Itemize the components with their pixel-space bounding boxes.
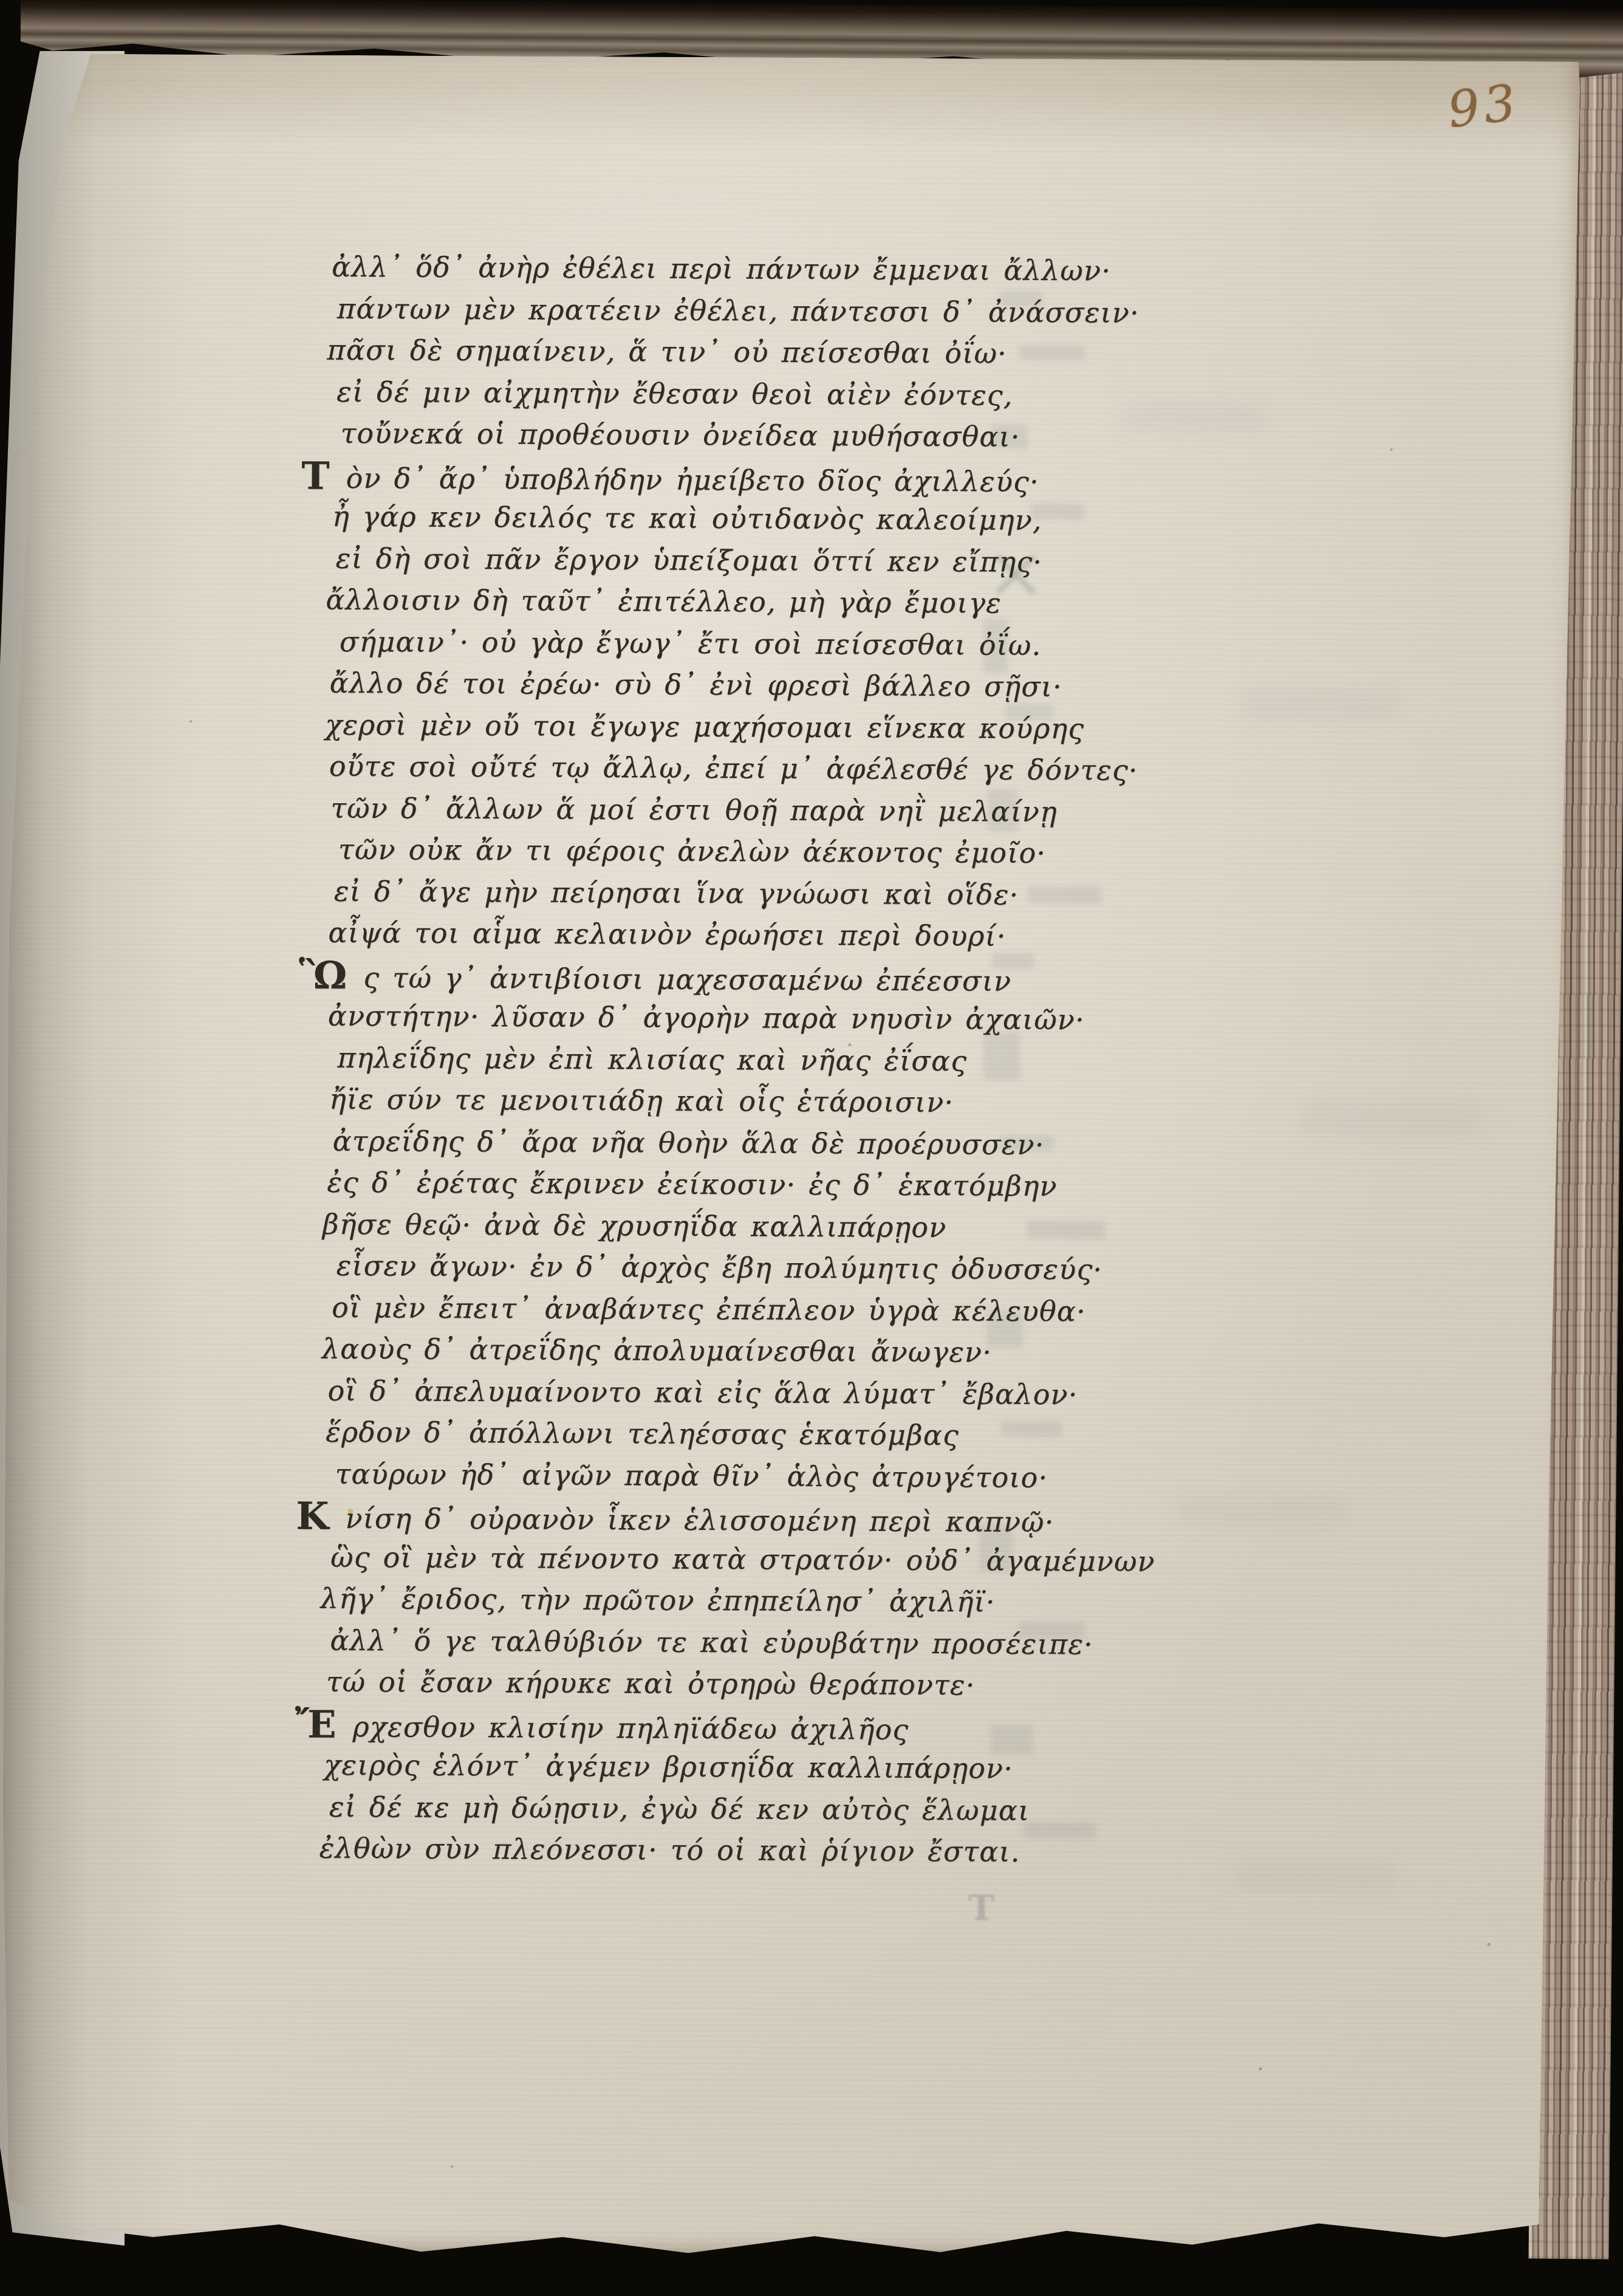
- text-line: εἰ δ᾽ ἄγε μὴν πείρησαι ἵνα γνώωσι καὶ οἵ…: [334, 870, 1240, 916]
- line-text: ὸν δ᾽ ἄρ᾽ ὑποβλήδην ἠμείβετο δῖος ἀχιλλε…: [346, 461, 1040, 498]
- line-text: εἰ δέ μιν αἰχμητὴν ἔθεσαν θεοὶ αἰὲν ἐόντ…: [337, 375, 1013, 411]
- text-line: Ἔρχεσθον κλισίην πηληϊάδεω ἀχιλῆος: [324, 1702, 1235, 1749]
- line-text: ἄλλο δέ τοι ἐρέω· σὺ δ᾽ ἐνὶ φρεσὶ βάλλεο…: [329, 667, 1062, 703]
- text-line: τοὔνεκά οἱ προθέουσιν ὀνείδεα μυθήσασθαι…: [341, 413, 1242, 459]
- foxing-speck: [1259, 2068, 1262, 2071]
- line-text: πᾶσι δὲ σημαίνειν, ἅ τιν᾽ οὐ πείσεσθαι ὀ…: [327, 334, 1007, 370]
- text-line: ἀτρεΐδης δ᾽ ἄρα νῆα θοὴν ἅλα δὲ προέρυσσ…: [332, 1120, 1238, 1166]
- text-line: τῶν δ᾽ ἄλλων ἅ μοί ἐστι θοῇ παρὰ νηῒ μελ…: [330, 787, 1240, 833]
- drop-cap: Τ: [301, 455, 330, 497]
- text-line: ἄλλο δέ τοι ἐρέω· σὺ δ᾽ ἐνὶ φρεσὶ βάλλεο…: [329, 662, 1240, 708]
- line-text: σήμαιν᾽· οὐ γὰρ ἔγωγ᾽ ἔτι σοὶ πείσεσθαι …: [340, 625, 1042, 661]
- text-line: χερσὶ μὲν οὔ τοι ἔγωγε μαχήσομαι εἵνεκα …: [325, 704, 1240, 750]
- line-text: τῶν δ᾽ ἄλλων ἅ μοί ἐστι θοῇ παρὰ νηῒ μελ…: [330, 791, 1058, 828]
- line-text: ἐς δ᾽ ἐρέτας ἔκρινεν ἐείκοσιν· ἐς δ᾽ ἑκα…: [327, 1166, 1058, 1202]
- drop-cap: Ἔ: [295, 1704, 337, 1746]
- bleed-through-initial: T: [968, 1887, 995, 1928]
- text-line: εἰ δέ κε μὴ δώῃσιν, ἐγὼ δέ κεν αὐτὸς ἕλω…: [329, 1786, 1235, 1832]
- line-text: αἶψά τοι αἷμα κελαινὸν ἐρωήσει περὶ δουρ…: [328, 916, 1006, 953]
- text-line: ταύρων ἠδ᾽ αἰγῶν παρὰ θῖν᾽ ἁλὸς ἀτρυγέτο…: [335, 1453, 1237, 1499]
- line-text: ἄλλοισιν δὴ ταῦτ᾽ ἐπιτέλλεο, μὴ γὰρ ἔμοι…: [326, 583, 1002, 620]
- foxing-speck: [1488, 1943, 1491, 1946]
- foxing-speck: [190, 721, 192, 723]
- text-line: πηλεΐδης μὲν ἐπὶ κλισίας καὶ νῆας ἐΐσας: [337, 1037, 1239, 1083]
- text-block: ἀλλ᾽ ὅδ᾽ ἀνὴρ ἐθέλει περὶ πάντων ἔμμεναι…: [323, 246, 1243, 1874]
- text-line: πάντων μὲν κρατέειν ἐθέλει, πάντεσσι δ᾽ …: [337, 287, 1243, 334]
- line-text: τώ οἱ ἔσαν κήρυκε καὶ ὀτρηρὼ θεράποντε·: [326, 1665, 976, 1702]
- line-text: εἰ δ᾽ ἄγε μὴν πείρησαι ἵνα γνώωσι καὶ οἵ…: [334, 874, 1019, 911]
- text-line: εἰ δέ μιν αἰχμητὴν ἔθεσαν θεοὶ αἰὲν ἐόντ…: [337, 371, 1242, 417]
- line-text: λαοὺς δ᾽ ἀτρεΐδης ἀπολυμαίνεσθαι ἄνωγεν·: [322, 1332, 993, 1369]
- line-text: ἀλλ᾽ ὅ γε ταλθύβιόν τε καὶ εὐρυβάτην προ…: [330, 1623, 1093, 1660]
- text-line: εἷσεν ἄγων· ἐν δ᾽ ἀρχὸς ἔβη πολύμητις ὀδ…: [336, 1245, 1237, 1291]
- line-text: νίση δ᾽ οὐρανὸν ἷκεν ἑλισσομένη περὶ καπ…: [345, 1502, 1054, 1538]
- line-text: πηλεΐδης μὲν ἐπὶ κλισίας καὶ νῆας ἐΐσας: [337, 1041, 967, 1077]
- line-text: βῆσε θεῷ· ἀνὰ δὲ χρυσηΐδα καλλιπάρῃον: [323, 1207, 947, 1243]
- line-text: ἀτρεΐδης δ᾽ ἄρα νῆα θοὴν ἅλα δὲ προέρυσσ…: [332, 1124, 1044, 1160]
- foxing-speck: [451, 2165, 453, 2168]
- line-text: ρχεσθον κλισίην πηληϊάδεω ἀχιλῆος: [352, 1710, 909, 1746]
- bleed-through-patch: [1242, 687, 1399, 722]
- line-text: οὔτε σοὶ οὔτέ τῳ ἄλλῳ, ἐπεί μ᾽ ἀφέλεσθέ …: [329, 750, 1138, 787]
- text-line: τώ οἱ ἔσαν κήρυκε καὶ ὀτρηρὼ θεράποντε·: [326, 1661, 1235, 1707]
- text-line: οἳ δ᾽ ἀπελυμαίνοντο καὶ εἰς ἅλα λύματ᾽ ἔ…: [327, 1369, 1237, 1416]
- text-line: χειρὸς ἑλόντ᾽ ἀγέμεν βρισηΐδα καλλιπάρῃο…: [324, 1744, 1235, 1791]
- text-line: ἄλλοισιν δὴ ταῦτ᾽ ἐπιτέλλεο, μὴ γὰρ ἔμοι…: [326, 579, 1241, 625]
- text-line: ἐς δ᾽ ἐρέτας ἔκρινεν ἐείκοσιν· ἐς δ᾽ ἑκα…: [327, 1162, 1238, 1208]
- text-line: πᾶσι δὲ σημαίνειν, ἅ τιν᾽ οὐ πείσεσθαι ὀ…: [327, 329, 1242, 375]
- text-line: βῆσε θεῷ· ἀνὰ δὲ χρυσηΐδα καλλιπάρῃον: [323, 1203, 1238, 1249]
- bleed-through-patch: [1300, 1100, 1483, 1138]
- line-text: εἰ δέ κε μὴ δώῃσιν, ἐγὼ δέ κεν αὐτὸς ἕλω…: [329, 1790, 1030, 1826]
- line-text: πάντων μὲν κρατέειν ἐθέλει, πάντεσσι δ᾽ …: [337, 292, 1140, 329]
- line-text: ἕρδον δ᾽ ἀπόλλωνι τεληέσσας ἑκατόμβας: [326, 1416, 959, 1451]
- bleed-through-patch: [1235, 1860, 1393, 1891]
- text-line: Ὣς τώ γ᾽ ἀντιβίοισι μαχεσσαμένω ἐπέεσσιν: [328, 953, 1239, 999]
- page: T 93 ἀλλ᾽ ὅδ᾽ ἀνὴρ ἐθέλει περὶ πάντων ἔμ…: [0, 53, 1582, 2260]
- line-text: τῶν οὐκ ἄν τι φέροις ἀνελὼν ἀέκοντος ἐμο…: [338, 833, 1046, 869]
- text-line: τῶν οὐκ ἄν τι φέροις ἀνελὼν ἀέκοντος ἐμο…: [338, 829, 1240, 875]
- book-scan: T 93 ἀλλ᾽ ὅδ᾽ ἀνὴρ ἐθέλει περὶ πάντων ἔμ…: [0, 0, 1623, 2296]
- line-text: ἐλθὼν σὺν πλεόνεσσι· τό οἱ καὶ ῥίγιον ἔσ…: [319, 1832, 1020, 1868]
- text-line: ἐλθὼν σὺν πλεόνεσσι· τό οἱ καὶ ῥίγιον ἔσ…: [319, 1828, 1234, 1874]
- text-line: ἀλλ᾽ ὅδ᾽ ἀνὴρ ἐθέλει περὶ πάντων ἔμμεναι…: [332, 246, 1243, 292]
- line-text: οἳ μὲν ἔπειτ᾽ ἀναβάντες ἐπέπλεον ὑγρὰ κέ…: [332, 1290, 1086, 1328]
- line-text: τοὔνεκά οἱ προθέουσιν ὀνείδεα μυθήσασθαι…: [341, 417, 1020, 453]
- line-text: ς τώ γ᾽ ἀντιβίοισι μαχεσσαμένω ἐπέεσσιν: [363, 961, 1011, 998]
- text-line: εἰ δὴ σοὶ πᾶν ἔργον ὑπείξομαι ὅττί κεν ε…: [335, 537, 1241, 583]
- line-text: χερσὶ μὲν οὔ τοι ἔγωγε μαχήσομαι εἵνεκα …: [325, 708, 1084, 745]
- line-text: λῆγ᾽ ἔριδος, τὴν πρῶτον ἐπηπείλησ᾽ ἀχιλῆ…: [321, 1582, 996, 1619]
- text-line: ἀνστήτην· λῦσαν δ᾽ ἀγορὴν παρὰ νηυσὶν ἀχ…: [328, 995, 1239, 1041]
- text-line: Τὸν δ᾽ ἄρ᾽ ὑποβλήδην ἠμείβετο δῖος ἀχιλλ…: [330, 454, 1242, 500]
- line-text: ἀνστήτην· λῦσαν δ᾽ ἀγορὴν παρὰ νηυσὶν ἀχ…: [328, 999, 1085, 1037]
- folio-number: 93: [1445, 78, 1522, 135]
- line-text: οἳ δ᾽ ἀπελυμαίνοντο καὶ εἰς ἅλα λύματ᾽ ἔ…: [327, 1374, 1078, 1410]
- line-text: ἦ γάρ κεν δειλός τε καὶ οὐτιδανὸς καλεοί…: [332, 500, 1042, 536]
- line-text: ἤϊε σύν τε μενοιτιάδῃ καὶ οἷς ἑτάροισιν·: [329, 1083, 954, 1119]
- text-line: ἕρδον δ᾽ ἀπόλλωνι τεληέσσας ἑκατόμβας: [326, 1411, 1237, 1458]
- text-line: λῆγ᾽ ἔριδος, τὴν πρῶτον ἐπηπείλησ᾽ ἀχιλῆ…: [321, 1578, 1236, 1624]
- line-text: χειρὸς ἑλόντ᾽ ἀγέμεν βρισηΐδα καλλιπάρῃο…: [324, 1749, 1013, 1785]
- drop-cap: Ὣ: [299, 954, 348, 996]
- line-text: ἀλλ᾽ ὅδ᾽ ἀνὴρ ἐθέλει περὶ πάντων ἔμμεναι…: [332, 250, 1111, 287]
- text-line: σήμαιν᾽· οὐ γὰρ ἔγωγ᾽ ἔτι σοὶ πείσεσθαι …: [340, 620, 1241, 667]
- text-line: ἀλλ᾽ ὅ γε ταλθύβιόν τε καὶ εὐρυβάτην προ…: [330, 1619, 1235, 1665]
- line-text: ταύρων ἠδ᾽ αἰγῶν παρὰ θῖν᾽ ἁλὸς ἀτρυγέτο…: [335, 1457, 1048, 1493]
- line-text: εἰ δὴ σοὶ πᾶν ἔργον ὑπείξομαι ὅττί κεν ε…: [336, 541, 1043, 578]
- line-text: εἷσεν ἄγων· ἐν δ᾽ ἀρχὸς ἔβη πολύμητις ὀδ…: [336, 1249, 1102, 1286]
- drop-cap: Κ: [296, 1496, 329, 1538]
- text-line: ὣς οἳ μὲν τὰ πένοντο κατὰ στρατόν· οὐδ᾽ …: [330, 1536, 1236, 1582]
- text-line: οὔτε σοὶ οὔτέ τῳ ἄλλῳ, ἐπεί μ᾽ ἀφέλεσθέ …: [329, 745, 1240, 792]
- text-line: ἦ γάρ κεν δειλός τε καὶ οὐτιδανὸς καλεοί…: [332, 496, 1242, 542]
- text-line: ἤϊε σύν τε μενοιτιάδῃ καὶ οἷς ἑτάροισιν·: [329, 1078, 1239, 1125]
- text-line: Κνίση δ᾽ οὐρανὸν ἷκεν ἑλισσομένη περὶ κα…: [325, 1495, 1236, 1541]
- text-line: αἶψά τοι αἷμα κελαινὸν ἐρωήσει περὶ δουρ…: [328, 912, 1239, 958]
- line-text: ὣς οἳ μὲν τὰ πένοντο κατὰ στρατόν· οὐδ᾽ …: [330, 1540, 1155, 1577]
- text-line: οἳ μὲν ἔπειτ᾽ ἀναβάντες ἐπέπλεον ὑγρὰ κέ…: [332, 1286, 1237, 1332]
- text-line: λαοὺς δ᾽ ἀτρεΐδης ἀπολυμαίνεσθαι ἄνωγεν·: [322, 1328, 1237, 1374]
- foxing-speck: [1390, 448, 1393, 451]
